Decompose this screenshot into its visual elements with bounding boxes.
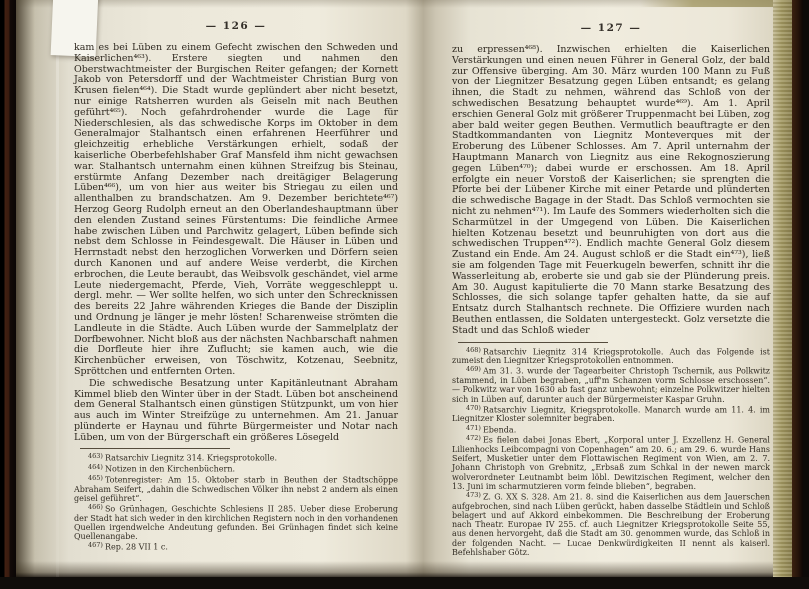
page-127: — 127 — zu erpressen⁴⁶⁸). Inzwischen erh…	[452, 22, 770, 557]
footnote-number: 463)	[88, 452, 103, 460]
footnote-text: Ebenda.	[483, 425, 516, 434]
footnote-number: 471)	[466, 424, 481, 432]
footnote: 465)Totenregister: Am 15. Oktober starb …	[74, 474, 398, 503]
footnote-number: 464)	[88, 463, 103, 471]
body-paragraph: kam es bei Lüben zu einem Gefecht zwisch…	[74, 43, 398, 378]
footnote: 472)Es fielen dabei Jonas Ebert, „Korpor…	[452, 434, 770, 491]
book-cover-edge-right	[792, 0, 803, 589]
page-edge-stack	[773, 0, 792, 581]
footnote-text: Notizen in den Kirchenbüchern.	[105, 465, 235, 474]
book-cover-edge-left	[0, 0, 16, 589]
page-number: — 126 —	[74, 20, 398, 32]
photo-background-bottom	[0, 577, 809, 589]
footnote: 470)Ratsarchiv Liegnitz, Kriegsprotokoll…	[452, 404, 770, 424]
body-paragraph: zu erpressen⁴⁶⁸). Inzwischen erhielten d…	[452, 45, 770, 337]
footnote-number: 468)	[466, 346, 481, 354]
footnote: 464)Notizen in den Kirchenbüchern.	[74, 463, 398, 474]
book-scan-photo: — 126 — kam es bei Lüben zu einem Gefech…	[0, 0, 809, 589]
footnote-text: Ratsarchiv Liegnitz, Kriegsprotokolle. M…	[452, 405, 770, 423]
footnote: 468)Ratsarchiv Liegnitz 314 Kriegsprotok…	[452, 346, 770, 366]
footnote-number: 470)	[466, 404, 481, 412]
footnote-text: So Grünhagen, Geschichte Schlesiens II 2…	[74, 505, 398, 542]
page-126: — 126 — kam es bei Lüben zu einem Gefech…	[74, 20, 398, 552]
footnote-text: Ratsarchiv Liegnitz 314. Kriegsprotokoll…	[105, 454, 277, 463]
footnote: 471)Ebenda.	[452, 424, 770, 435]
footnote-text: Z. G. XX S. 328. Am 21. 8. sind die Kais…	[452, 493, 770, 557]
footnote-text: Es fielen dabei Jonas Ebert, „Korporal u…	[452, 436, 770, 491]
footnote-number: 466)	[88, 503, 103, 511]
footnote: 467)Rep. 28 VII 1 c.	[74, 541, 398, 552]
footnote-text: Am 31. 3. wurde der Tagearbeiter Christo…	[452, 367, 770, 404]
footnote-number: 472)	[466, 434, 481, 442]
footnote: 473)Z. G. XX S. 328. Am 21. 8. sind die …	[452, 491, 770, 557]
footnote-number: 467)	[88, 541, 103, 549]
footnote: 466)So Grünhagen, Geschichte Schlesiens …	[74, 503, 398, 541]
footnote-rule	[80, 448, 230, 449]
footnote-text: Rep. 28 VII 1 c.	[105, 543, 168, 552]
footnote: 469)Am 31. 3. wurde der Tagearbeiter Chr…	[452, 365, 770, 403]
page-edge-top	[640, 0, 773, 7]
footnote-text: Totenregister: Am 15. Oktober starb in B…	[74, 475, 398, 502]
body-paragraph: Die schwedische Besatzung unter Kapitänl…	[74, 379, 398, 444]
footnote-text: Ratsarchiv Liegnitz 314 Kriegsprotokolle…	[452, 347, 770, 365]
footnotes: 468)Ratsarchiv Liegnitz 314 Kriegsprotok…	[452, 346, 770, 557]
footnote-number: 473)	[466, 491, 481, 499]
footnote-rule	[458, 342, 608, 343]
page-number: — 127 —	[452, 22, 770, 34]
footnotes: 463)Ratsarchiv Liegnitz 314. Kriegsproto…	[74, 452, 398, 552]
footnote-number: 469)	[466, 365, 481, 373]
footnote: 463)Ratsarchiv Liegnitz 314. Kriegsproto…	[74, 452, 398, 463]
footnote-number: 465)	[88, 474, 103, 482]
page-crease-highlight	[56, 0, 59, 577]
